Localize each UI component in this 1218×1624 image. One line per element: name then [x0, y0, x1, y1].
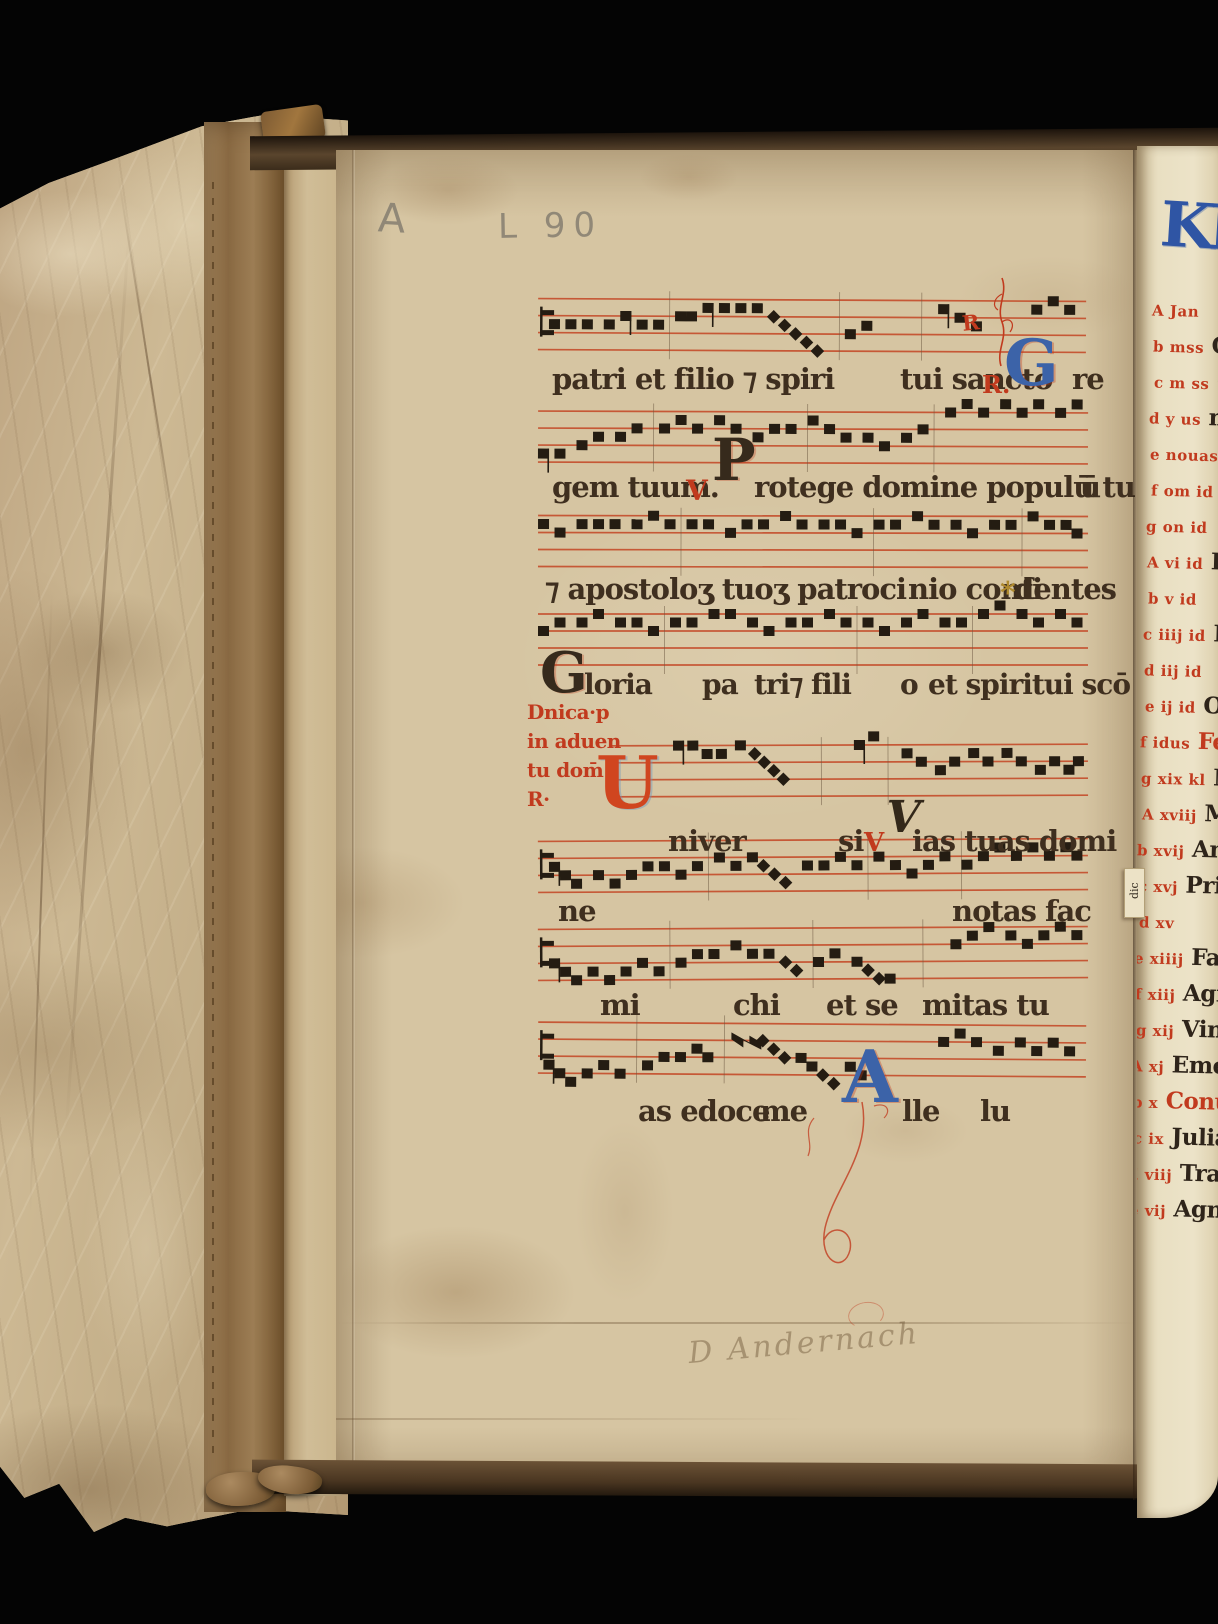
cover-crease	[117, 174, 185, 589]
calendar-feast-name: Vinc	[1174, 1015, 1218, 1044]
neume-punctum	[702, 1052, 713, 1062]
neume-punctum	[653, 320, 664, 330]
calendar-feast-name: Fabia	[1183, 944, 1218, 973]
neume-punctum	[906, 868, 917, 878]
calendar-row: b x Conu	[1137, 1086, 1218, 1116]
neume-punctum	[901, 433, 912, 443]
neume-diamond	[777, 772, 791, 786]
calendar-content: KL A Jan b mss Octac m ss Octad y us mar…	[1137, 185, 1218, 1518]
neume-punctum	[1044, 520, 1055, 530]
neume-punctum	[835, 520, 846, 530]
calendar-row: A xviij Marc	[1142, 798, 1218, 828]
chant-text-segment: niver	[668, 824, 746, 858]
page-crease	[336, 1322, 1138, 1324]
neume-punctum	[841, 433, 852, 443]
neume-punctum	[901, 618, 912, 628]
cover-crease	[29, 592, 53, 1212]
neume-punctum	[615, 1069, 626, 1079]
neume-punctum	[1049, 756, 1060, 766]
neume-punctum	[571, 975, 582, 985]
calendar-row: d viij Transl	[1137, 1158, 1218, 1188]
chant-text-segment: ū	[1080, 470, 1100, 504]
page-fold-line	[352, 150, 355, 1494]
calendar-row: c xvj Prisc	[1138, 870, 1218, 900]
margin-rubric-line: R·	[527, 787, 550, 811]
neume-punctum	[725, 609, 736, 619]
calendar-date-fragment: e nouas	[1150, 445, 1218, 465]
neume-punctum	[1038, 930, 1049, 940]
neume-punctum	[593, 870, 604, 880]
neume-punctum	[554, 449, 565, 459]
initial-A-pen-flourish	[770, 1096, 920, 1316]
neume-punctum	[890, 520, 901, 530]
neume-punctum	[879, 441, 890, 451]
neume-punctum	[1048, 296, 1059, 306]
neume-punctum	[763, 949, 774, 959]
neume-punctum	[593, 519, 604, 529]
neume-punctum	[747, 949, 758, 959]
neume-punctum	[1064, 305, 1075, 315]
pencil-letter: A	[377, 195, 407, 242]
leather-tie-knot	[206, 1466, 326, 1524]
neume-diamond	[779, 955, 793, 969]
neume-punctum	[659, 423, 670, 433]
neume-punctum	[658, 1052, 669, 1062]
margin-rubric-line: tu dom̄	[527, 758, 603, 782]
neume-punctum	[935, 765, 946, 775]
neume-punctum	[692, 424, 703, 434]
neume-punctum	[593, 609, 604, 619]
chant-text-segment: as edoce	[638, 1094, 769, 1128]
calendar-row: b v id	[1148, 582, 1218, 612]
neume-punctum	[1001, 748, 1012, 758]
neume-punctum	[764, 626, 775, 636]
neume-diamond	[790, 964, 804, 978]
neume-punctum	[554, 1068, 565, 1078]
calendar-row: A Jan	[1152, 294, 1218, 324]
calendar-feast-name: Marc	[1197, 800, 1218, 829]
calendar-row: e xiiij Fabia	[1137, 942, 1218, 972]
neume-punctum	[938, 1037, 949, 1047]
calendar-date-fragment: e ij id	[1145, 697, 1196, 716]
book-bottom-edge	[252, 1460, 1142, 1499]
chant-text-segment: chi	[733, 988, 780, 1022]
neume-virga-stem	[558, 862, 560, 886]
calendar-row: f xiij Agn	[1137, 978, 1218, 1008]
neume-punctum	[967, 931, 978, 941]
neume-punctum	[692, 949, 703, 959]
neume-punctum	[1048, 1038, 1059, 1048]
margin-rubric-line: Dnica·p	[527, 700, 609, 724]
neume-punctum	[716, 749, 727, 759]
calendar-date-fragment: g xix kl	[1141, 769, 1206, 789]
neume-punctum	[571, 879, 582, 889]
neume-punctum	[818, 860, 829, 870]
illuminated-initial: G	[540, 640, 588, 706]
calendar-feast-name: Felic	[1190, 728, 1218, 757]
neume-punctum	[673, 741, 684, 751]
chant-text-segment: tri⁊ fili	[754, 668, 851, 701]
calendar-feast-name: Erha	[1203, 548, 1218, 577]
calendar-row: f idus Felic	[1140, 726, 1218, 756]
neume-punctum	[971, 1037, 982, 1047]
cover-turn-in	[284, 146, 342, 1496]
neume-punctum	[687, 618, 698, 628]
neume-punctum	[989, 520, 1000, 530]
neume-punctum	[1017, 609, 1028, 619]
calendar-date-fragment: b v id	[1148, 589, 1197, 608]
chant-text-segment: re	[1072, 362, 1104, 396]
neume-punctum	[730, 940, 741, 950]
calendar-row: e ij id Octa	[1145, 690, 1218, 720]
calendar-feast-name: Eme	[1164, 1051, 1218, 1080]
calendar-feast-name: Julian	[1164, 1123, 1218, 1152]
neume-punctum	[912, 511, 923, 521]
neume-punctum	[538, 626, 549, 636]
neume-punctum	[615, 618, 626, 628]
chant-text-segment: ias tuas domi	[912, 824, 1116, 858]
neume-punctum	[982, 756, 993, 766]
neume-virga-stem	[948, 304, 950, 328]
neume-punctum	[632, 618, 643, 628]
neume-punctum	[758, 519, 769, 529]
chant-text-segment: mi	[600, 988, 640, 1022]
chant-text-segment: lu	[980, 1094, 1010, 1128]
neume-punctum	[642, 1060, 653, 1070]
neume-punctum	[560, 967, 571, 977]
neume-punctum	[824, 424, 835, 434]
neume-punctum	[769, 424, 780, 434]
neume-punctum	[863, 433, 874, 443]
calendar-date-fragment: c iiij id	[1143, 625, 1206, 645]
neume-punctum	[863, 618, 874, 628]
neume-diamond	[768, 867, 782, 881]
neume-punctum	[637, 320, 648, 330]
neume-punctum	[1028, 511, 1039, 521]
neume-punctum	[582, 319, 593, 329]
neume-punctum	[861, 321, 872, 331]
calendar-row: d iij id	[1144, 654, 1218, 684]
neume-punctum	[845, 329, 856, 339]
calendar-date-fragment: g xij	[1137, 1021, 1174, 1040]
neume-punctum	[1061, 520, 1072, 530]
neume-punctum	[675, 958, 686, 968]
neume-punctum	[1064, 1046, 1075, 1056]
chant-text-segment: notas fac	[952, 894, 1091, 928]
neume-punctum	[648, 626, 659, 636]
neume-punctum	[951, 520, 962, 530]
neume-diamond	[767, 764, 781, 778]
calendar-feast-name: Octa	[1196, 692, 1218, 721]
calendar-row: g xij Vinc	[1137, 1014, 1218, 1044]
calendar-row: c m ss Octa	[1154, 367, 1218, 397]
neume-punctum	[961, 860, 972, 870]
neume-diamond	[767, 310, 781, 324]
calendar-date-fragment: e xiiij	[1137, 949, 1184, 968]
calendar-date-fragment: d iij id	[1144, 661, 1202, 681]
calendar-row: d xv	[1139, 906, 1218, 936]
neume-punctum	[916, 757, 927, 767]
neume-punctum	[1005, 930, 1016, 940]
neume-punctum	[806, 1061, 817, 1071]
neume-punctum	[955, 1028, 966, 1038]
neume-punctum	[691, 1044, 702, 1054]
neume-punctum	[968, 748, 979, 758]
neume-punctum	[730, 861, 741, 871]
neume-punctum	[1073, 756, 1084, 766]
neume-virga-stem	[683, 741, 685, 765]
neume-punctum	[752, 303, 763, 313]
calendar-row: A vi id Erha	[1147, 546, 1218, 576]
neume-punctum	[626, 870, 637, 880]
neume-virga-stem	[547, 449, 549, 473]
chant-text-segment: et se	[826, 988, 898, 1022]
neume-punctum	[1055, 609, 1066, 619]
neume-virga-stem	[712, 303, 714, 327]
calendar-feast-name: Octa	[1209, 368, 1218, 397]
neume-punctum	[824, 609, 835, 619]
neume-punctum	[1006, 520, 1017, 530]
responsory-mark-red: R	[961, 309, 981, 336]
neume-diamond	[811, 344, 825, 358]
pencil-shelfmark: L 90	[498, 205, 604, 247]
neume-punctum	[1015, 1037, 1026, 1047]
chant-text-segment: rotege domine populū tu	[754, 470, 1135, 504]
neume-virga-stem	[630, 311, 632, 335]
calendar-date-fragment: A xj	[1137, 1057, 1164, 1076]
neume-punctum	[819, 520, 830, 530]
neume-punctum	[632, 423, 643, 433]
neume-punctum	[670, 618, 681, 628]
neume-punctum	[675, 1052, 686, 1062]
chant-text-segment: dentes	[1014, 572, 1116, 606]
neume-punctum	[708, 949, 719, 959]
neume-punctum	[610, 879, 621, 889]
calendar-date-fragment: d y us	[1149, 409, 1201, 428]
neume-diamond	[872, 972, 886, 986]
neume-punctum	[642, 861, 653, 871]
neume-diamond	[767, 1042, 781, 1056]
neume-punctum	[675, 870, 686, 880]
red-divider-flourish	[988, 274, 1022, 370]
neume-punctum	[565, 1077, 576, 1087]
neume-punctum	[702, 303, 713, 313]
calendar-feast-name: Epi	[1213, 476, 1218, 504]
calendar-date-fragment: b mss	[1153, 338, 1204, 357]
calendar-row: g on id	[1146, 510, 1218, 540]
neume-virga-stem	[558, 958, 560, 982]
calendar-date-fragment: c ix	[1137, 1129, 1164, 1148]
neume-punctum	[795, 1053, 806, 1063]
neume-punctum	[841, 618, 852, 628]
neume-punctum	[786, 618, 797, 628]
neume-punctum	[1072, 618, 1083, 628]
neume-punctum	[702, 749, 713, 759]
neume-punctum	[555, 618, 566, 628]
calendar-row: A xj Eme	[1137, 1050, 1218, 1080]
page-crease	[336, 1418, 1138, 1420]
music-stave	[612, 730, 1088, 824]
neume-diamond	[778, 1051, 792, 1065]
calendar-row: b xvij Anto	[1137, 834, 1218, 864]
calendar-date-fragment: A vi id	[1147, 553, 1204, 573]
calendar-feast-name: Anto	[1184, 836, 1218, 865]
neume-punctum	[918, 609, 929, 619]
neume-punctum	[577, 519, 588, 529]
neume-punctum	[637, 958, 648, 968]
neume-punctum	[687, 741, 698, 751]
neume-diamond	[748, 747, 762, 761]
neume-punctum	[1022, 939, 1033, 949]
calendar-feast-name: Transl	[1172, 1159, 1218, 1188]
kalends-monogram: KL	[1158, 187, 1218, 265]
neume-punctum	[852, 528, 863, 538]
neume-punctum	[565, 319, 576, 329]
neume-punctum	[604, 975, 615, 985]
neume-punctum	[654, 966, 665, 976]
calendar-feast-name: mar	[1201, 404, 1218, 433]
chant-text-segment: si	[838, 824, 863, 858]
neume-punctum	[890, 860, 901, 870]
neume-punctum	[747, 618, 758, 628]
neume-punctum	[555, 528, 566, 538]
neume-virga-stem	[553, 1060, 555, 1084]
neume-punctum	[692, 861, 703, 871]
neume-punctum	[747, 852, 758, 862]
calendar-date-fragment: e vij	[1137, 1201, 1166, 1220]
neume-punctum	[802, 618, 813, 628]
calendar-date-fragment: d viij	[1137, 1165, 1172, 1184]
neume-diamond	[757, 756, 771, 770]
neume-punctum	[549, 319, 560, 329]
neume-punctum	[665, 519, 676, 529]
neume-punctum	[851, 860, 862, 870]
chant-text-segment: et spiritui scō	[928, 668, 1130, 701]
neume-diamond	[800, 336, 814, 350]
neume-punctum	[1031, 1046, 1042, 1056]
neume-punctum	[918, 424, 929, 434]
neume-diamond	[827, 1077, 841, 1091]
stitching	[212, 182, 214, 1462]
chant-text-segment: o	[900, 668, 918, 701]
neume-punctum	[949, 757, 960, 767]
calendar-date-fragment: f om id	[1151, 482, 1214, 502]
neume-punctum	[962, 399, 973, 409]
neume-punctum	[978, 408, 989, 418]
calendar-page-edge: KL A Jan b mss Octac m ss Octad y us mar…	[1137, 146, 1218, 1518]
neume-punctum	[703, 519, 714, 529]
calendar-row: e nouas	[1150, 438, 1218, 468]
neume-punctum	[593, 432, 604, 442]
neume-punctum	[610, 519, 621, 529]
calendar-row: c ix Julian	[1137, 1122, 1218, 1152]
chant-text-segment: pa	[702, 668, 738, 701]
calendar-feast-name: Agne	[1166, 1195, 1218, 1224]
chant-text-segment: patri et filio ⁊ spiri	[552, 362, 834, 396]
chant-text-segment: ne	[558, 894, 596, 928]
index-tab-label: dic	[1128, 882, 1141, 899]
neume-punctum	[543, 1060, 554, 1070]
neume-punctum	[851, 957, 862, 967]
neume-punctum	[813, 957, 824, 967]
neume-punctum	[676, 415, 687, 425]
neume-punctum	[1072, 399, 1083, 409]
chant-text-segment: V	[686, 474, 708, 507]
margin-rubric-line: in aduen	[527, 729, 621, 753]
neume-punctum	[687, 519, 698, 529]
neume-punctum	[1016, 756, 1027, 766]
neume-punctum	[598, 1060, 609, 1070]
neume-punctum	[719, 303, 730, 313]
neume-diamond	[779, 876, 793, 890]
neume-diamond	[861, 963, 875, 977]
neume-punctum	[1055, 408, 1066, 418]
neume-punctum	[1063, 765, 1074, 775]
neume-punctum	[725, 528, 736, 538]
neume-punctum	[879, 626, 890, 636]
neume-punctum	[1071, 930, 1082, 940]
neume-punctum	[735, 303, 746, 313]
music-stave	[538, 1008, 1087, 1104]
calendar-date-fragment: f xiij	[1137, 985, 1176, 1004]
calendar-date-fragment: g on id	[1146, 517, 1208, 537]
neume-punctum	[1035, 765, 1046, 775]
cover-crease	[65, 233, 131, 1131]
neume-punctum	[742, 519, 753, 529]
neume-punctum	[786, 424, 797, 434]
neume-punctum	[632, 519, 643, 529]
neume-punctum	[735, 740, 746, 750]
neume-punctum	[709, 609, 720, 619]
neume-punctum	[854, 740, 865, 750]
neume-punctum	[675, 311, 686, 321]
neume-punctum	[797, 519, 808, 529]
chant-text-segment: V	[864, 828, 884, 858]
illuminated-initial: P	[712, 426, 756, 494]
calendar-date-fragment: b xvij	[1137, 841, 1185, 860]
calendar-row: g xix kl Maur	[1141, 762, 1218, 792]
neume-punctum	[620, 311, 631, 321]
neume-diamond	[757, 859, 771, 873]
neume-virga-stem	[863, 740, 865, 764]
calendar-date-fragment: b x	[1137, 1093, 1158, 1112]
neume-punctum	[1031, 305, 1042, 315]
neume-punctum	[1017, 408, 1028, 418]
neume-punctum	[648, 511, 659, 521]
neume-punctum	[549, 958, 560, 968]
chant-text-segment: loria	[584, 668, 652, 701]
neume-punctum	[560, 870, 571, 880]
neume-punctum	[940, 618, 951, 628]
neume-punctum	[538, 449, 549, 459]
neume-diamond	[816, 1068, 830, 1082]
neume-punctum	[549, 862, 560, 872]
neume-punctum	[938, 304, 949, 314]
calendar-date-fragment: A xviij	[1142, 805, 1197, 825]
calendar-row: f om id Epi	[1151, 475, 1218, 505]
calendar-row: e vij Agne	[1137, 1194, 1218, 1224]
neume-punctum	[829, 948, 840, 958]
neume-punctum	[538, 519, 549, 529]
neume-punctum	[993, 1046, 1004, 1056]
neume-diamond	[789, 327, 803, 341]
neume-punctum	[621, 966, 632, 976]
calendar-date-fragment: A Jan	[1152, 301, 1200, 320]
calendar-feast-name: Prisc	[1178, 871, 1218, 900]
neume-punctum	[885, 974, 896, 984]
calendar-feast-name: Maur	[1205, 764, 1218, 793]
neume-punctum	[956, 618, 967, 628]
